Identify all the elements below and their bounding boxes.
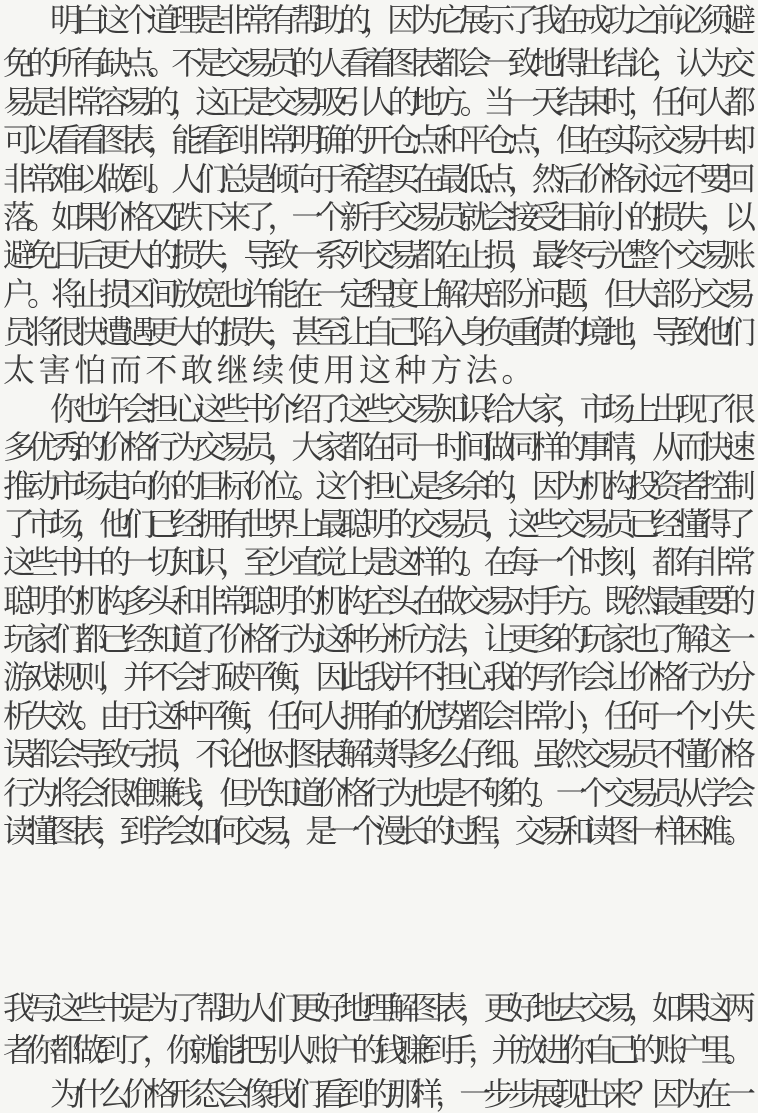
paragraph-2-line-10: 误都会导致亏损，不论他对图表解读得多么仔细。虽然交易员不懂价格: [3, 735, 748, 773]
paragraph-2-line-13: 我写这些书是为了帮助人们更好地理解图表，更好地去交易，如果这两: [3, 989, 748, 1027]
paragraph-2-line-4: 了市场，他们已经拥有世界上最聪明的交易员，这些交易员已经懂得了: [3, 505, 748, 543]
paragraph-2-line-7: 玩家们都已经知道了价格行为这种分析方法，让更多的玩家也了解这一: [3, 620, 748, 658]
paragraph-1-line-6: 落。如果价格又跌下来了，一个新手交易员就会接受目前小的损失，以: [3, 198, 748, 236]
paragraph-3-line-1: 为什么价格形态会像我们看到的那样，一步步展现出来？因为在一: [50, 1075, 748, 1113]
paragraph-2-line-14: 者你都做到了，你就能把别人账户的钱赚到手，并放进你自己的账户里。: [3, 1031, 747, 1069]
paragraph-2-line-8: 游戏规则，并不会打破平衡，因此我并不担心我的写作会让价格行为分: [3, 658, 748, 696]
paragraph-2-line-3: 推动市场走向你的目标价位。这个担心是多余的，因为机构投资者控制: [3, 467, 748, 505]
paragraph-1-line-9: 员将很快遭遇更大的损失，甚至让自己陷入身负重债的境地，导致他们: [3, 313, 748, 351]
paragraph-1-line-2: 免的所有缺点。不是交易员的人看着图表都会一致地得出结论，认为交: [3, 44, 748, 82]
paragraph-2-line-1: 你也许会担心这些书介绍了这些交易知识给大家，市场上出现了很: [50, 390, 748, 428]
paragraph-2-line-9: 析失效。由于这种平衡，任何人拥有的优势都会非常小，任何一个小失: [3, 697, 748, 735]
paragraph-1-line-5: 非常难以做到。人们总是倾向于希望买在最低点，然后价格永远不要回: [3, 160, 748, 198]
paragraph-1-line-7: 避免日后更大的损失，导致一系列交易都在止损，最终亏光整个交易账: [3, 236, 748, 274]
paragraph-2-line-5: 这些书中的一切知识，至少直觉上是这样的。在每一个时刻，都有非常: [3, 543, 748, 581]
paragraph-2-line-6: 聪明的机构多头和非常聪明的机构空头在做交易对手方。既然最重要的: [3, 582, 748, 620]
paragraph-1-line-4: 可以看看图表，能看到非常明确的开仓点和平仓点，但在实际交易中却: [3, 121, 748, 159]
paragraph-1-line-1: 明白这个道理是非常有帮助的，因为它展示了我在成功之前必须避: [50, 1, 748, 39]
paragraph-1-line-10: 太害怕而不敢继续使用这种方法。: [3, 351, 537, 389]
paragraph-1-line-3: 易是非常容易的，这正是交易吸引人的地方。当一天结束时，任何人都: [3, 83, 748, 121]
paragraph-2-line-12: 读懂图表，到学会如何交易，是一个漫长的过程，交易和读图一样困难。: [3, 812, 747, 850]
paragraph-2-line-2: 多优秀的价格行为交易员，大家都在同一时间做同样的事情，从而快速: [3, 428, 748, 466]
paragraph-2-line-11: 行为将会很难赚钱，但光知道价格行为也是不够的。一个交易员从学会: [3, 774, 748, 812]
book-page: 明白这个道理是非常有帮助的，因为它展示了我在成功之前必须避 免的所有缺点。不是交…: [0, 0, 758, 1113]
paragraph-1-line-8: 户。将止损区间放宽也许能在一定程度上解决部分问题，但大部分交易: [3, 275, 748, 313]
